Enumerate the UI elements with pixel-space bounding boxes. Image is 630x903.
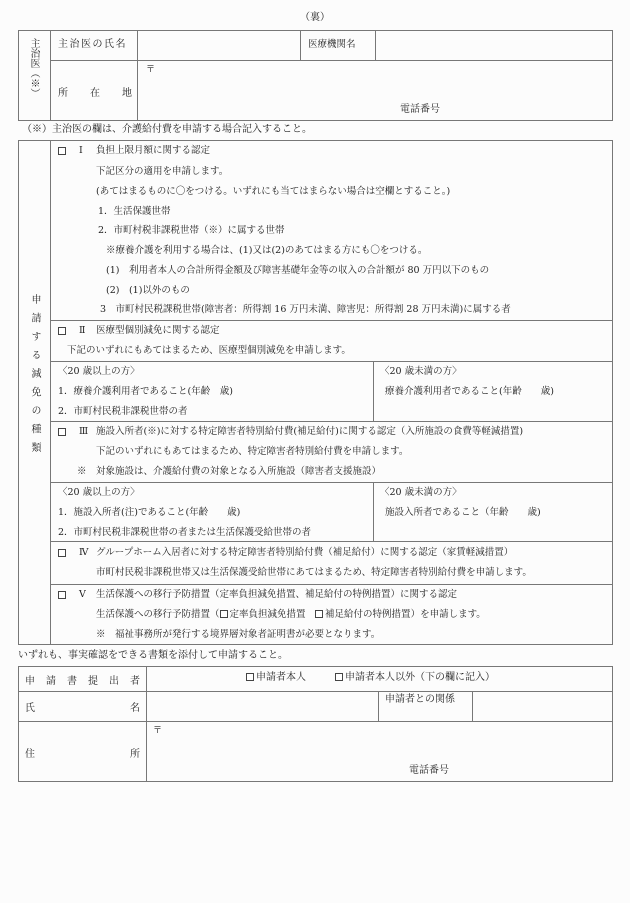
divider [50,361,613,362]
divider [378,691,379,721]
page-side-label: （裏） [300,12,330,24]
section-3-adult-item: 1．施設入所者(注)であること(年齢 歳) [58,507,240,519]
institution-input[interactable] [376,31,612,59]
label-char: 請 [46,672,56,687]
attach-note: いずれも、事実確認をできる書類を添付して申請すること。 [18,650,288,662]
submitter-phone-input[interactable] [460,762,610,780]
label-char: 住 [25,745,35,760]
section-3-description: 下記のいずれにもあてはまるため、特定障害者特別給付費を申請します。 [96,446,408,458]
section-1-line: 下記区分の適用を申請します。 [96,166,228,178]
submitter-self-checkbox[interactable] [246,673,254,681]
section-2-adult-item: 2．市町村民税非課税世帯の者 [58,406,188,418]
reductions-side-label: 申請する減免の種類 [28,294,40,461]
submitter-self-label: 申請者本人 [256,672,306,683]
relation-input[interactable] [473,692,612,720]
section-3-note: ※ 対象施設は、介護給付費の対象となる入所施設（障害者支援施設） [77,466,381,478]
label-char: 在 [90,84,100,99]
label-char: 所 [58,84,68,99]
section-3-title: 施設入所者(※)に対する特定障害者特別給付費(補足給付)に関する認定（入所施設の… [96,426,523,438]
doctor-phone-input[interactable] [450,101,610,119]
section-5-title: 生活保護への移行予防措置（定率負担減免措置、補足給付の特例措置）に関する認定 [96,589,457,601]
divider [50,482,613,483]
section-1-option[interactable]: (2) (1)以外のもの [106,285,190,297]
section-2-adult-header: 〈20 歳以上の方〉 [58,366,140,378]
divider [373,482,374,541]
divider [300,30,301,60]
submitter-other-label: 申請者本人以外（下の欄に記入） [345,672,495,683]
section-1-checkbox[interactable] [58,147,66,155]
doctor-side-label: 主治医（※） [28,38,39,98]
label-char: 提 [88,672,98,687]
label-char: 所 [130,745,140,760]
submitter-option-other[interactable]: 申請者本人以外（下の欄に記入） [335,672,495,684]
section-2-numeral: Ⅱ [79,325,85,337]
divider [50,140,51,645]
relation-label: 申請者との関係 [385,694,455,706]
divider [50,584,613,585]
section-5-option-2-checkbox[interactable] [315,610,323,618]
section-5-numeral: Ⅴ [79,589,86,601]
doctor-name-label: 主治医の氏名 [58,39,127,51]
section-5-note: ※ 福祉事務所が発行する境界層対象者証明書が必要となります。 [96,629,380,641]
section-3-adult-item: 2．市町村民税非課税世帯の者または生活保護受給世帯の者 [58,527,311,539]
section-1-numeral: Ⅰ [79,145,83,157]
section-2-title: 医療型個別減免に関する認定 [96,325,220,337]
section-3-checkbox[interactable] [58,428,66,436]
section-1-option[interactable]: 1．生活保護世帯 [98,206,171,218]
section-2-minor-item: 療養介護利用者であること(年齢 歳) [385,386,554,398]
label-char: 氏 [25,699,35,714]
section-2-minor-header: 〈20 歳未満の方〉 [380,366,462,378]
institution-label: 医療機関名 [308,39,356,51]
label-char: 者 [130,672,140,687]
section-5-description: 生活保護への移行予防措置（定率負担減免措置 補足給付の特例措置）を申請します。 [96,609,486,621]
label-char: 出 [109,672,119,687]
label-char: 申 [25,672,35,687]
submitter-name-label: 氏 名 [25,699,140,714]
section-3-numeral: Ⅲ [79,426,88,438]
section-3-minor-item: 施設入所者であること（年齢 歳) [385,507,541,519]
submitter-option-self[interactable]: 申請者本人 [246,672,306,684]
doctor-note: （※）主治医の欄は、介護給付費を申請する場合記入すること。 [22,124,312,136]
submitter-address-input[interactable] [147,722,612,760]
section-4-checkbox[interactable] [58,549,66,557]
submitter-other-checkbox[interactable] [335,673,343,681]
divider [50,320,613,321]
section-4-description: 市町村民税非課税世帯又は生活保護受給世帯にあてはまるため、特定障害者特別給付費を… [96,567,532,579]
divider [50,421,613,422]
divider [373,361,374,421]
section-1-line: (あてはまるものに〇をつける。いずれにも当てはまらない場合は空欄とすること。) [96,186,450,198]
section-2-description: 下記のいずれにもあてはまるため、医療型個別減免を申請します。 [67,345,351,357]
section-1-line: ※療養介護を利用する場合は、(1)又は(2)のあてはまる方にも〇をつける。 [106,245,427,257]
submitter-phone-label: 電話番号 [409,765,449,777]
label-char: 地 [122,84,132,99]
section-2-adult-item: 1．療養介護利用者であること(年齢 歳) [58,386,233,398]
section-1-option[interactable]: 2．市町村税非課税世帯（※）に属する世帯 [98,225,285,237]
divider [50,541,613,542]
section-5-description-prefix: 生活保護への移行予防措置（ [96,609,220,620]
section-5-checkbox[interactable] [58,591,66,599]
label-char: 書 [67,672,77,687]
section-5-option-2-label: 補足給付の特例措置 [325,609,411,620]
doctor-address-input[interactable] [138,61,612,99]
doctor-name-input[interactable] [138,31,299,59]
submitter-label: 申 請 書 提 出 者 [25,672,140,687]
section-1-option[interactable]: (1) 利用者本人の合計所得金額及び障害基礎年金等の収入の合計額が 80 万円以… [106,265,489,277]
divider [50,30,51,121]
doctor-address-label: 所 在 地 [58,84,132,99]
section-2-checkbox[interactable] [58,327,66,335]
section-5-option-1-checkbox[interactable] [220,610,228,618]
doctor-phone-label: 電話番号 [400,104,440,116]
section-3-adult-header: 〈20 歳以上の方〉 [58,487,140,499]
section-1-title: 負担上限月額に関する認定 [96,145,210,157]
section-5-option-1-label: 定率負担減免措置 [230,609,306,620]
section-5-description-suffix: ）を申請します。 [411,609,486,620]
label-char: 名 [130,699,140,714]
section-3-minor-header: 〈20 歳未満の方〉 [380,487,462,499]
submitter-address-label: 住 所 [25,745,140,760]
submitter-name-input[interactable] [147,692,377,720]
section-4-numeral: Ⅳ [79,547,89,559]
section-1-option[interactable]: 3 市町村民税課税世帯(障害者：所得割 16 万円未満、障害児：所得割 28 万… [100,304,511,316]
section-4-title: グループホーム入居者に対する特定障害者特別給付費（補足給付）に関する認定（家賃軽… [96,547,513,559]
